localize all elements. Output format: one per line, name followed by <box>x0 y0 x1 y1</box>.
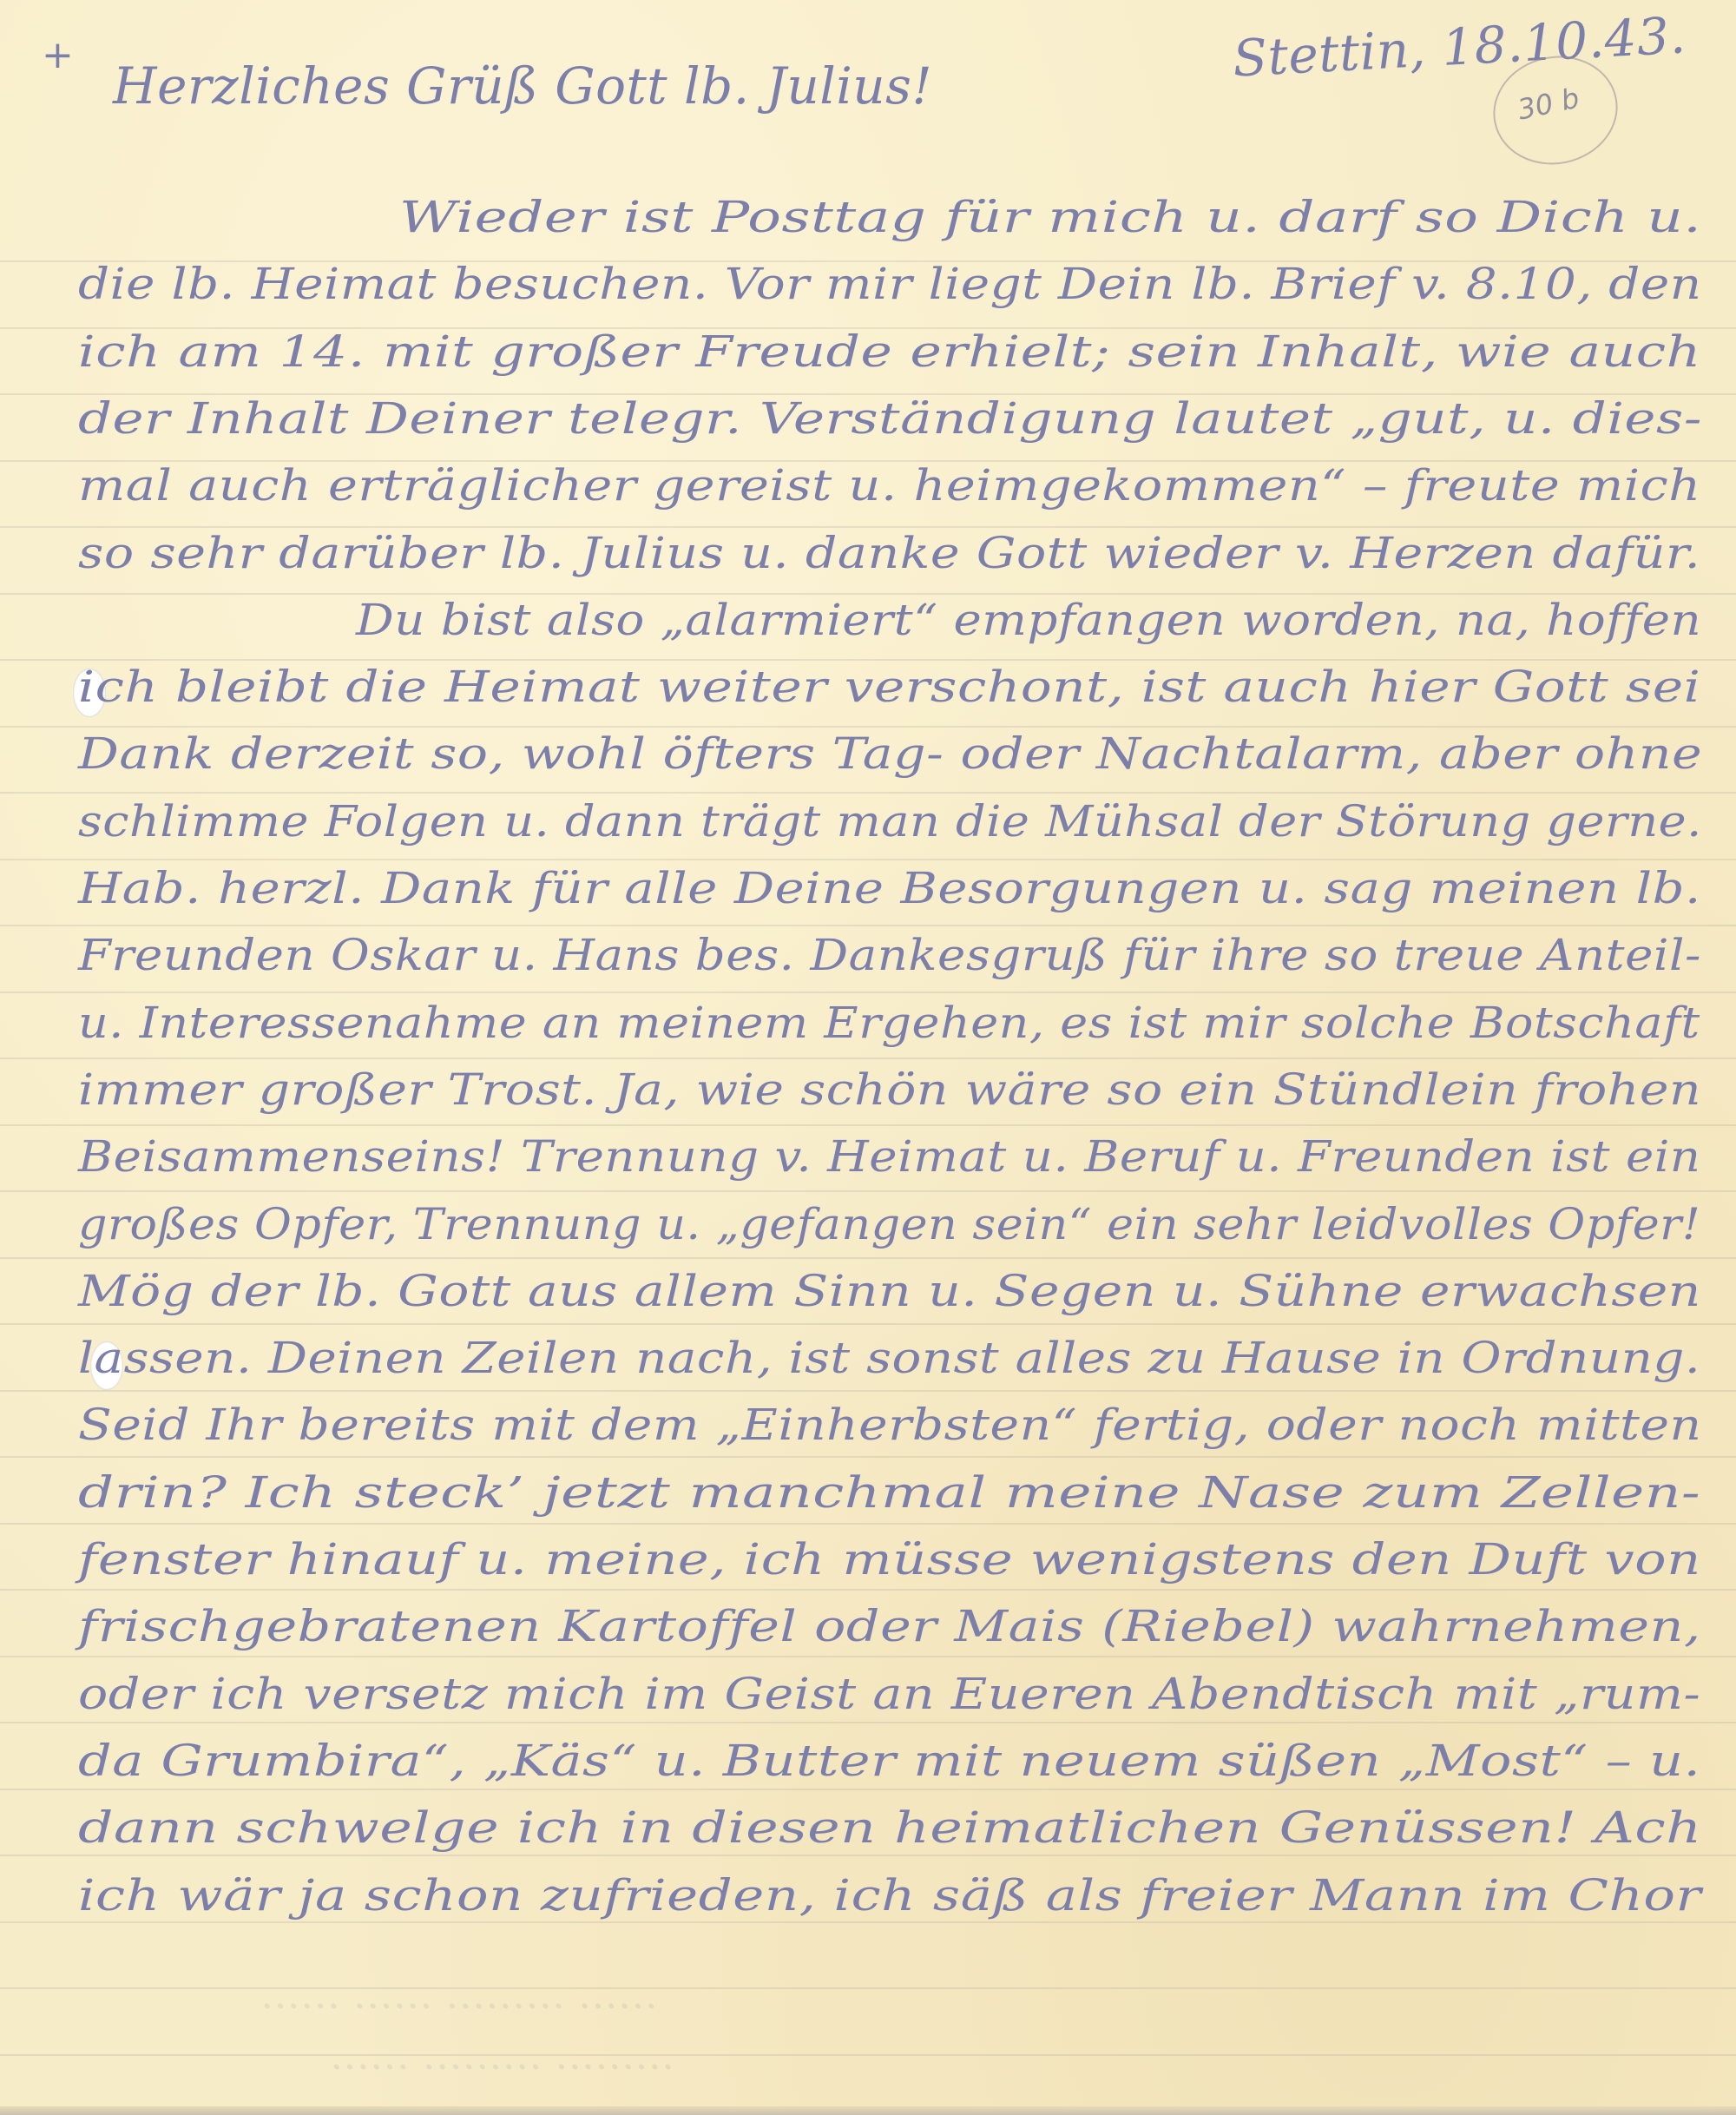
ruled-line <box>0 1921 1736 1923</box>
bleed-through-text: ……… ……… …… <box>330 2032 674 2079</box>
letter-line: der Inhalt Deiner telegr. Verständigung … <box>78 392 1702 445</box>
letter-line: ich wär ja schon zufrieden, ich säß als … <box>78 1869 1701 1921</box>
letter-line: lassen. Deinen Zeilen nach, ist sonst al… <box>78 1332 1700 1384</box>
cross-mark: + <box>42 33 74 77</box>
letter-line: frischgebratenen Kartoffel oder Mais (Ri… <box>78 1600 1701 1652</box>
ruled-line <box>0 2054 1736 2056</box>
letter-line: Freunden Oskar u. Hans bes. Dankesgruß f… <box>78 929 1701 981</box>
ruled-line <box>0 1855 1736 1856</box>
ruled-line <box>0 925 1736 926</box>
ruled-line <box>0 1589 1736 1591</box>
letter-page: + Stettin, 18.10.43. 30 b Herzliches Grü… <box>0 0 1736 2115</box>
ruled-line <box>0 1323 1736 1325</box>
ruled-line <box>0 1789 1736 1790</box>
letter-line: schlimme Folgen u. dann trägt man die Mü… <box>78 795 1702 847</box>
letter-line: ich am 14. mit großer Freude erhielt; se… <box>78 326 1701 378</box>
ruled-line <box>0 1456 1736 1458</box>
ruled-line <box>0 1523 1736 1525</box>
letter-line: da Grumbira“, „Käs“ u. Butter mit neuem … <box>78 1735 1700 1787</box>
letter-line: mal auch erträglicher gereist u. heimgek… <box>78 459 1701 511</box>
ruled-line <box>0 1390 1736 1392</box>
letter-line: Dank derzeit so, wohl öfters Tag- oder N… <box>78 728 1702 780</box>
letter-line: Mög der lb. Gott aus allem Sinn u. Segen… <box>78 1265 1701 1317</box>
letter-line: ich bleibt die Heimat weiter verschont, … <box>78 661 1700 713</box>
letter-line: dann schwelge ich in diesen heimatlichen… <box>78 1802 1702 1854</box>
page-bottom-edge <box>0 2106 1736 2115</box>
letter-line: Hab. herzl. Dank für alle Deine Besorgun… <box>78 862 1701 914</box>
letter-line: so sehr darüber lb. Julius u. danke Gott… <box>78 527 1700 579</box>
letter-line: Wieder ist Posttag für mich u. darf so D… <box>399 191 1701 243</box>
salutation: Herzliches Grüß Gott lb. Julius! <box>113 56 932 115</box>
ruled-line <box>0 726 1736 728</box>
letter-line: immer großer Trost. Ja, wie schön wäre s… <box>78 1064 1701 1116</box>
letter-line: fenster hinauf u. meine, ich müsse wenig… <box>78 1533 1701 1585</box>
letter-line: die lb. Heimat besuchen. Vor mir liegt D… <box>78 258 1702 310</box>
ruled-line <box>0 1656 1736 1657</box>
letter-line: u. Interessenahme an meinem Ergehen, es … <box>78 997 1700 1049</box>
place-date: Stettin, 18.10.43. <box>1232 5 1687 88</box>
ruled-line <box>0 1057 1736 1059</box>
letter-line: Seid Ihr bereits mit dem „Einherbsten“ f… <box>78 1399 1702 1451</box>
ruled-line <box>0 992 1736 993</box>
ruled-line <box>0 1190 1736 1192</box>
ruled-line <box>0 1722 1736 1723</box>
bleed-through-text: …… ……… …… …… <box>260 1971 658 2018</box>
ruled-line <box>0 1257 1736 1259</box>
ruled-line <box>0 859 1736 860</box>
ruled-line <box>0 1124 1736 1126</box>
letter-line: drin? Ich steck’ jetzt manchmal meine Na… <box>78 1466 1700 1519</box>
letter-line: Du bist also „alarmiert“ empfangen worde… <box>356 594 1701 646</box>
archive-mark-text: 30 b <box>1515 82 1582 127</box>
ruled-line <box>0 792 1736 794</box>
letter-line: großes Opfer, Trennung u. „gefangen sein… <box>78 1198 1700 1250</box>
letter-line: Beisammenseins! Trennung v. Heimat u. Be… <box>78 1130 1700 1183</box>
letter-line: oder ich versetz mich im Geist an Eueren… <box>78 1668 1700 1720</box>
